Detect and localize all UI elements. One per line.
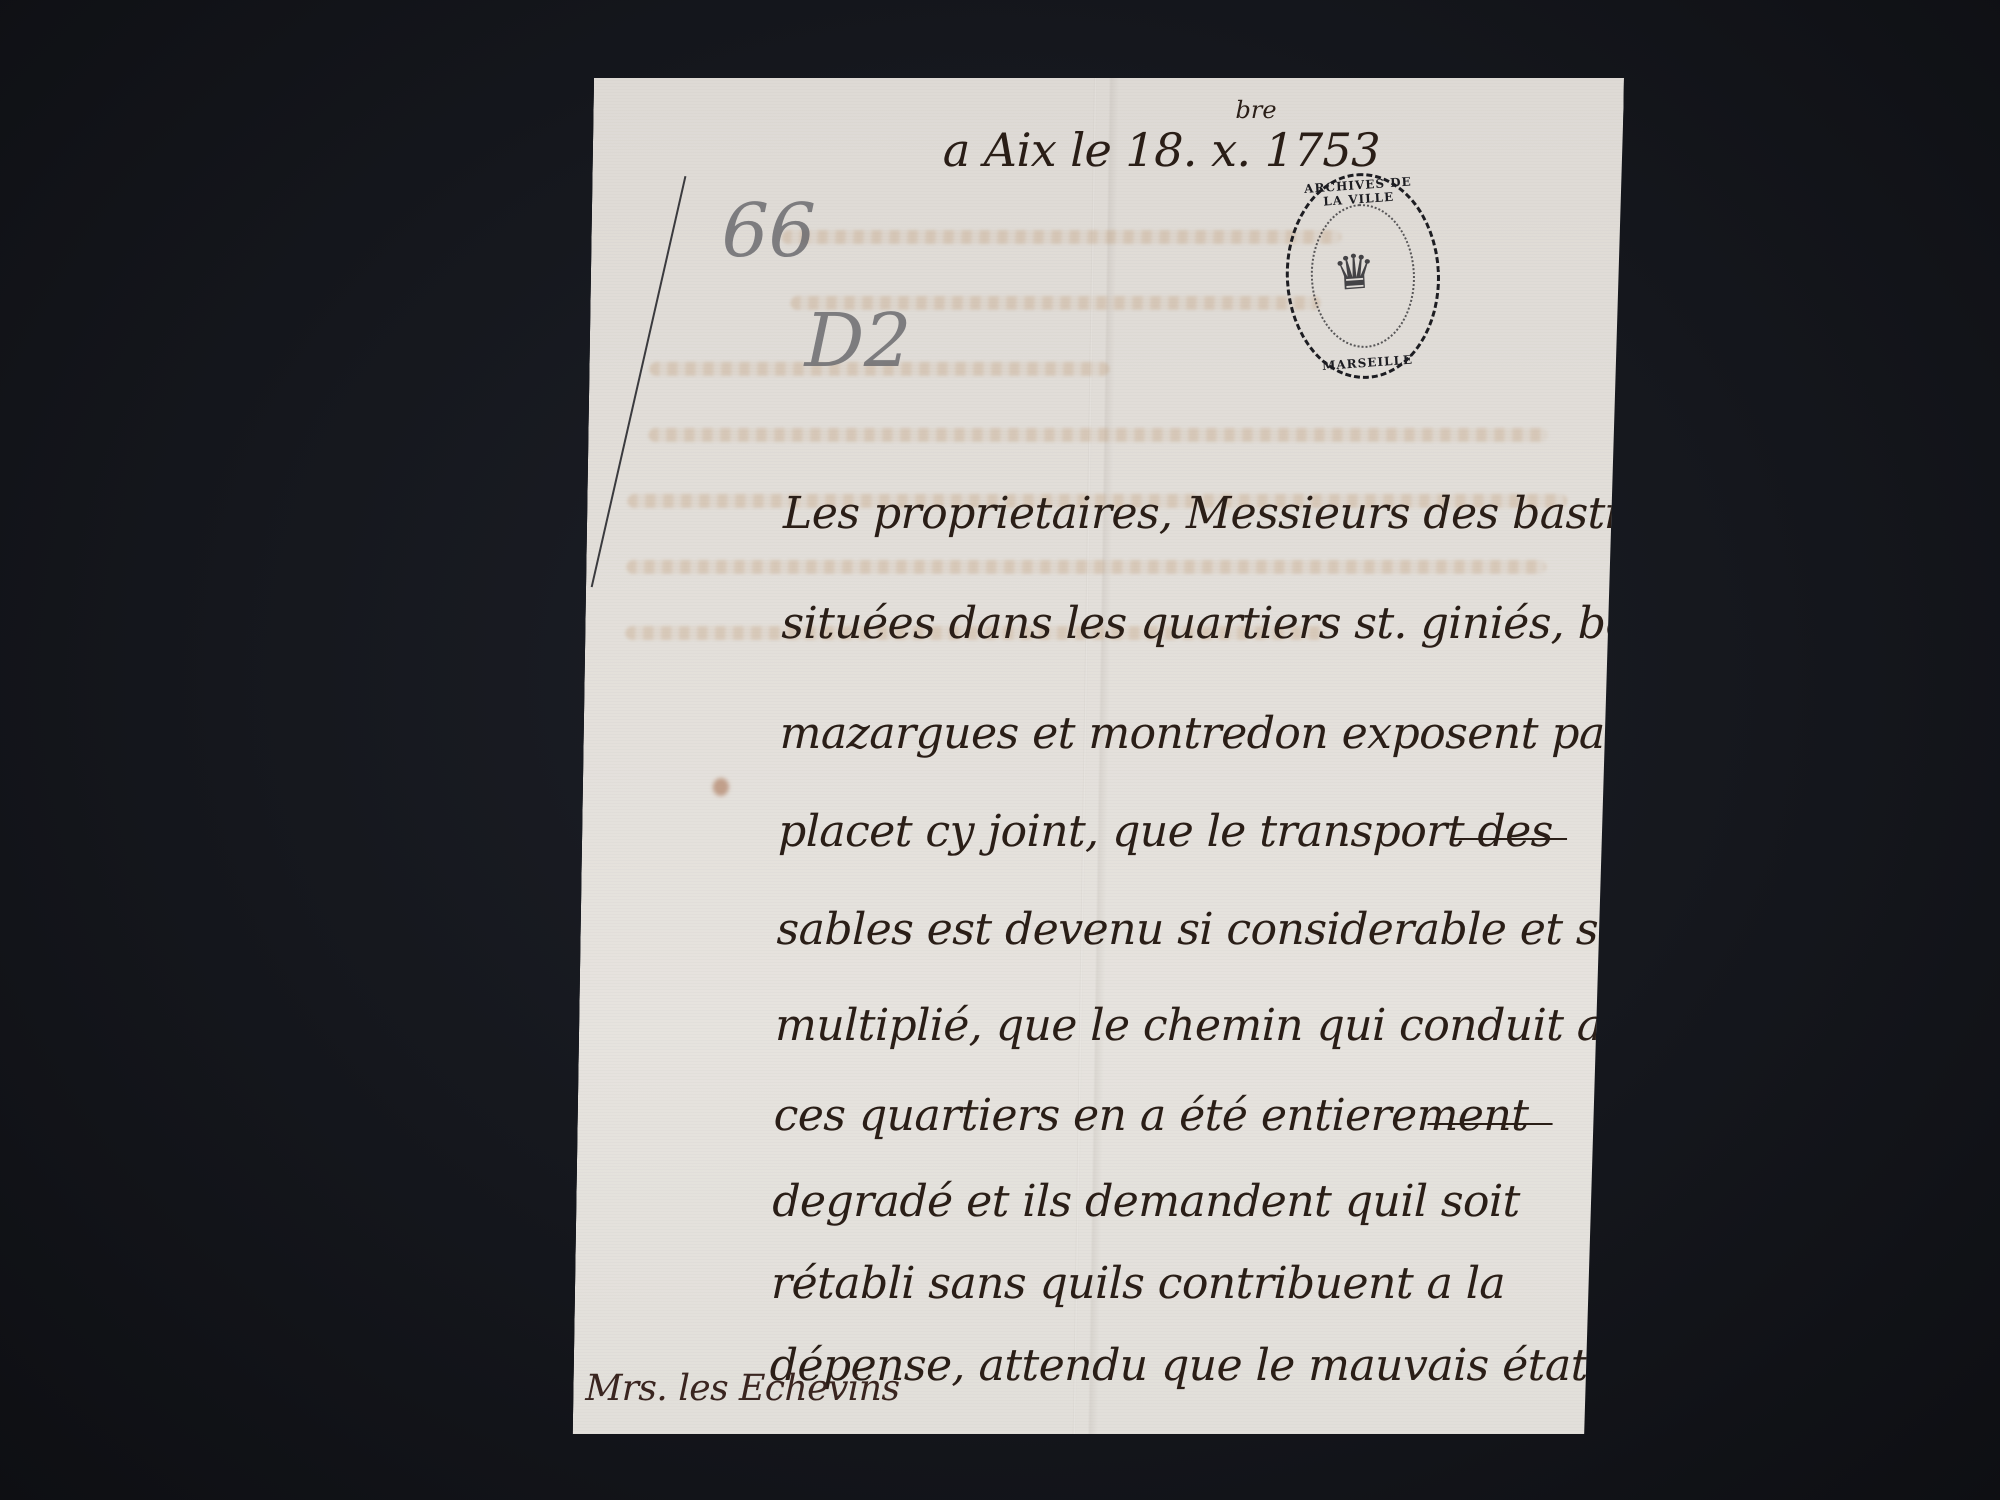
body-line-8: degradé et ils demandent quil soit xyxy=(772,1176,1520,1227)
body-line-3: mazargues et montredon exposent par le xyxy=(779,708,1678,759)
body-line-4: placet cy joint, que le transport des xyxy=(778,806,1553,857)
manuscript-page: a Aix le 18. x. 1753 bre 66 D2 ARCHIVES … xyxy=(573,78,1624,1434)
body-line-5: sables est devenu si considerable et si xyxy=(776,904,1612,955)
pencil-annotation-code: D2 xyxy=(804,298,912,384)
line-filler-dash xyxy=(1428,1123,1553,1125)
bleed-through-line xyxy=(626,560,1546,574)
line-filler-dash xyxy=(1452,838,1567,840)
coat-of-arms-icon: ♛ xyxy=(1331,243,1377,302)
body-line-9: rétabli sans quils contribuent a la xyxy=(771,1258,1506,1309)
bleed-through-line xyxy=(648,428,1548,442)
pencil-annotation-number: 66 xyxy=(721,188,817,274)
body-line-1: Les proprietaires, Messieurs des bastide… xyxy=(783,488,1694,539)
addressee-note: Mrs. les Echevins xyxy=(585,1368,900,1409)
body-line-7: ces quartiers en a été entierement xyxy=(773,1090,1529,1141)
dateline: a Aix le 18. x. 1753 xyxy=(942,123,1380,177)
bleed-through-line xyxy=(781,230,1341,244)
body-line-6: multiplié, que le chemin qui conduit a xyxy=(775,1000,1603,1051)
dateline-superscript: bre xyxy=(1235,96,1276,124)
